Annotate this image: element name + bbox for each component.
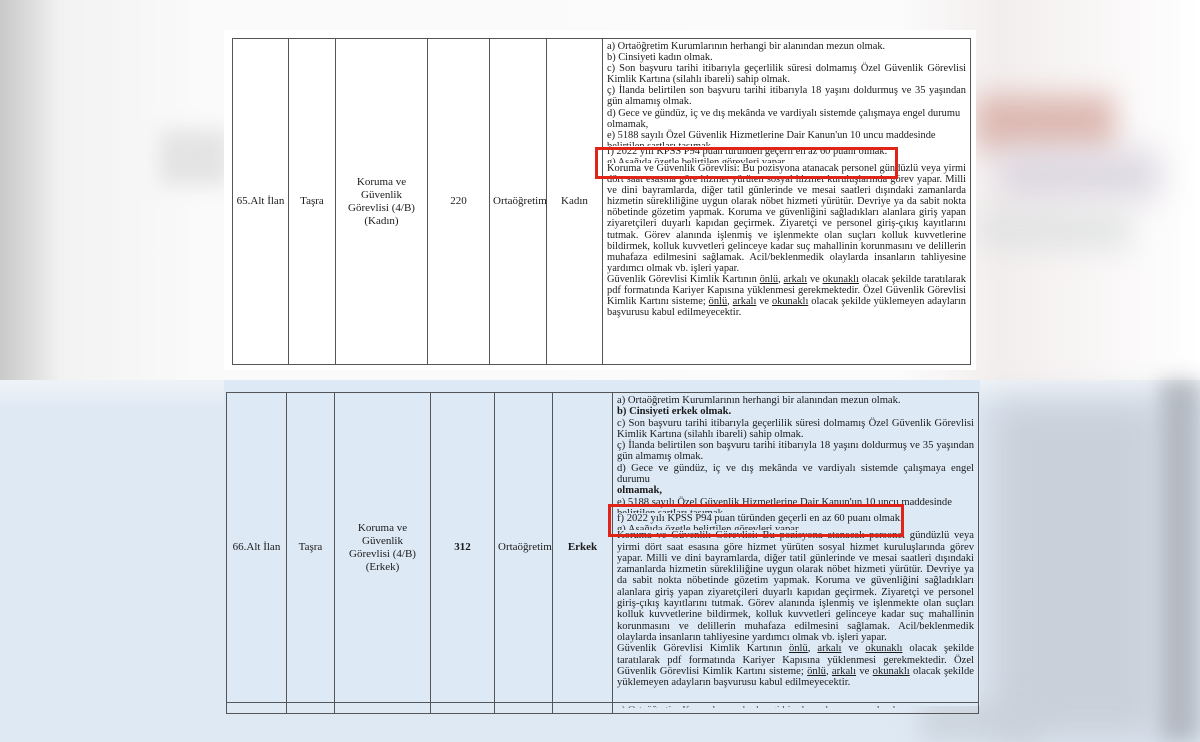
education-level: Ortaöğretim [490,39,547,365]
table-row-partial: a) Ortaöğretim Kurumlarının herhangi bir… [227,703,979,714]
position-title: Koruma ve Güvenlik Görevlisi (4/B) (Kadı… [336,39,428,365]
document-excerpt-65: 65.Alt İlan Taşra Koruma ve Güvenlik Gör… [224,30,976,370]
background-blur [160,130,230,185]
position-title: Koruma ve Güvenlik Görevlisi (4/B) (Erke… [335,393,431,703]
listing-number: 65.Alt İlan [233,39,289,365]
job-listing-table: 66.Alt İlan Taşra Koruma ve Güvenlik Gör… [226,392,979,714]
unit-type: Taşra [287,393,335,703]
background-blur [1160,380,1200,742]
background-blur [980,210,1130,250]
background-blur [990,400,1160,740]
gender: Kadın [547,39,603,365]
education-level: Ortaöğretim [495,393,553,703]
requirements: a) Ortaöğretim Kurumlarının herhangi bir… [603,39,971,365]
background-blur [1000,150,1160,200]
unit-type: Taşra [289,39,336,365]
requirements: a) Ortaöğretim Kurumlarının herhangi bir… [613,393,979,703]
gender: Erkek [553,393,613,703]
quota: 220 [428,39,490,365]
document-excerpt-66: 66.Alt İlan Taşra Koruma ve Güvenlik Gör… [224,380,980,706]
job-listing-table: 65.Alt İlan Taşra Koruma ve Güvenlik Gör… [232,38,971,365]
table-row: 65.Alt İlan Taşra Koruma ve Güvenlik Gör… [233,39,971,365]
kpss-requirement: f) 2022 yılı KPSS P94 puan türünden geçe… [607,146,966,157]
listing-number: 66.Alt İlan [227,393,287,703]
kpss-requirement: f) 2022 yılı KPSS P94 puan türünden geçe… [617,513,974,524]
quota: 312 [431,393,495,703]
background-blur [975,95,1115,150]
table-row: 66.Alt İlan Taşra Koruma ve Güvenlik Gör… [227,393,979,703]
